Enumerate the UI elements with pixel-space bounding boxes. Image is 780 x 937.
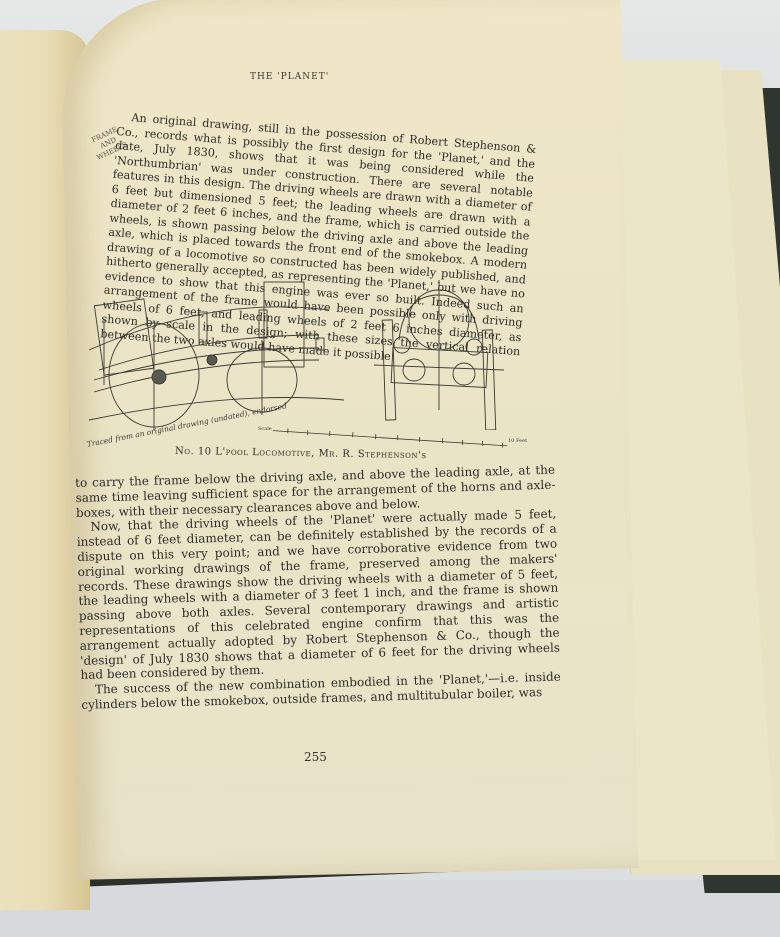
locomotive-drawing <box>84 280 534 430</box>
scale-label-right: 10 Feet <box>508 438 527 444</box>
paragraph-text: Now, that the driving wheels of the 'Pla… <box>76 507 560 683</box>
scale-label-left: Scale <box>258 426 272 432</box>
bottom-text-block: to carry the frame below the driving axl… <box>75 463 561 713</box>
background-table <box>0 880 780 937</box>
running-head: THE 'PLANET' <box>250 72 329 82</box>
page-number: 255 <box>304 750 327 764</box>
